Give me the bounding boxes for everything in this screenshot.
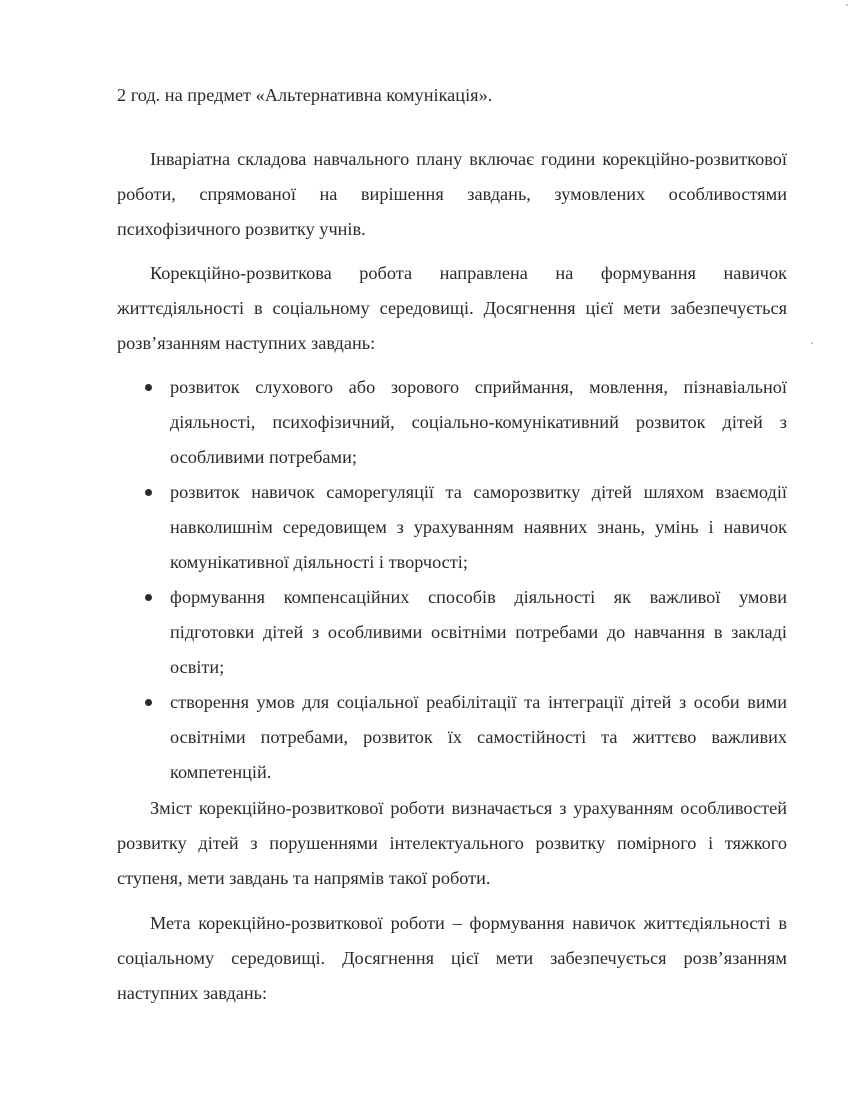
list-item: створення умов для соціальної реабілітац…: [117, 685, 787, 790]
bullet-icon: [145, 489, 152, 496]
list-item-text: розвиток слухового або зорового сприйман…: [170, 377, 787, 467]
scanned-document-page: 2 год. на предмет «Альтернативна комунік…: [0, 0, 850, 1100]
paragraph-invariant-component: Інваріатна складова навчального плану вк…: [117, 142, 787, 247]
paragraph-goal-of-work: Мета корекційно-розвиткової роботи – фор…: [117, 906, 787, 1011]
bullet-icon: [145, 384, 152, 391]
scan-speck: [811, 342, 813, 344]
list-item: розвиток слухового або зорового сприйман…: [117, 370, 787, 475]
scan-speck: [846, 4, 848, 6]
bullet-icon: [145, 699, 152, 706]
task-list: розвиток слухового або зорового сприйман…: [117, 370, 787, 790]
paragraph-correction-work-goal: Корекційно-розвиткова робота направлена …: [117, 256, 787, 361]
bullet-icon: [145, 594, 152, 601]
list-item: розвиток навичок саморегуляції та саморо…: [117, 475, 787, 580]
lead-line: 2 год. на предмет «Альтернативна комунік…: [117, 78, 787, 113]
list-item-text: формування компенсаційних способів діяль…: [170, 587, 787, 677]
paragraph-content-of-work: Зміст корекційно-розвиткової роботи визн…: [117, 791, 787, 896]
list-item: формування компенсаційних способів діяль…: [117, 580, 787, 685]
list-item-text: розвиток навичок саморегуляції та саморо…: [170, 482, 787, 572]
list-item-text: створення умов для соціальної реабілітац…: [170, 692, 787, 782]
